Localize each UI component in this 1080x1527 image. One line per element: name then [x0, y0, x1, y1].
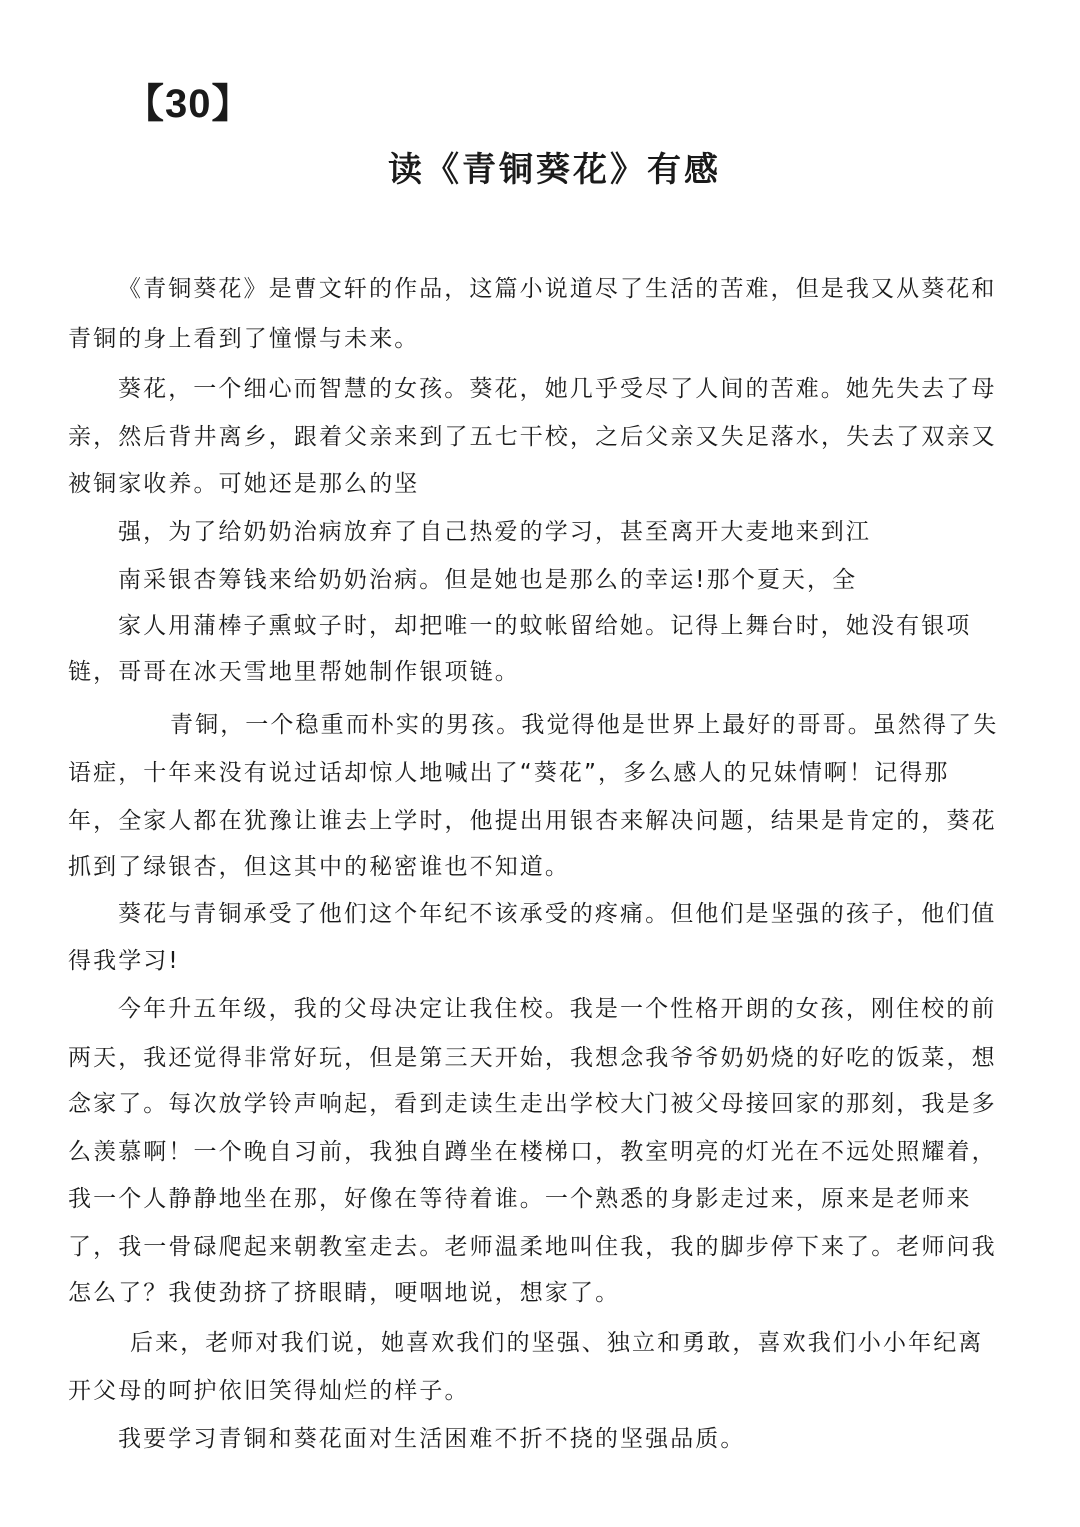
text-line: 开父母的呵护依旧笑得灿烂的样子。 — [68, 1372, 470, 1405]
text-line: 葵花与青铜承受了他们这个年纪不该承受的疼痛。但他们是坚强的孩子，他们值 — [118, 895, 997, 928]
text-line: 家人用蒲棒子熏蚊子时，却把唯一的蚊帐留给她。记得上舞台时，她没有银项 — [118, 607, 971, 640]
text-line: 抓到了绿银杏，但这其中的秘密谁也不知道。 — [68, 848, 570, 881]
text-line: 么羡慕啊！一个晚自习前，我独自蹲坐在楼梯口，教室明亮的灯光在不远处照耀着， — [68, 1133, 997, 1166]
text-line: 南采银杏筹钱来给奶奶治病。但是她也是那么的幸运!那个夏天，全 — [118, 561, 857, 594]
text-line: 两天，我还觉得非常好玩，但是第三天开始，我想念我爷爷奶奶烧的好吃的饭菜，想 — [68, 1039, 997, 1072]
text-line: 我一个人静静地坐在那，好像在等待着谁。一个熟悉的身影走过来，原来是老师来 — [68, 1180, 972, 1213]
text-line: 《青铜葵花》是曹文轩的作品，这篇小说道尽了生活的苦难，但是我又从葵花和 — [118, 270, 997, 303]
essay-title: 读《青铜葵花》有感 — [388, 142, 721, 191]
text-line: 得我学习! — [68, 942, 180, 975]
text-line: 我要学习青铜和葵花面对生活困难不折不挠的坚强品质。 — [118, 1420, 746, 1453]
text-line: 了，我一骨碌爬起来朝教室走去。老师温柔地叫住我，我的脚步停下来了。老师问我 — [68, 1228, 997, 1261]
essay-number: 【30】 — [124, 72, 253, 129]
text-line: 怎么了？我使劲挤了挤眼睛，哽咽地说，想家了。 — [68, 1274, 620, 1307]
text-line: 后来，老师对我们说，她喜欢我们的坚强、独立和勇敢，喜欢我们小小年纪离 — [130, 1324, 983, 1357]
text-line: 亲，然后背井离乡，跟着父亲来到了五七干校，之后父亲又失足落水，失去了双亲又 — [68, 418, 997, 451]
text-line: 被铜家收养。可她还是那么的坚 — [68, 465, 419, 498]
text-line: 链，哥哥在冰天雪地里帮她制作银项链。 — [68, 653, 520, 686]
text-line: 强，为了给奶奶治病放弃了自己热爱的学习，甚至离开大麦地来到江 — [118, 513, 871, 546]
text-line: 青铜，一个稳重而朴实的男孩。我觉得他是世界上最好的哥哥。虽然得了失 — [170, 706, 998, 739]
text-line: 青铜的身上看到了憧憬与未来。 — [68, 320, 419, 353]
text-line: 今年升五年级，我的父母决定让我住校。我是一个性格开朗的女孩，刚住校的前 — [118, 990, 997, 1023]
text-line: 年，全家人都在犹豫让谁去上学时，他提出用银杏来解决问题，结果是肯定的，葵花 — [68, 802, 997, 835]
text-line: 葵花，一个细心而智慧的女孩。葵花，她几乎受尽了人间的苦难。她先失去了母 — [118, 370, 997, 403]
text-line: 念家了。每次放学铃声响起，看到走读生走出学校大门被父母接回家的那刻，我是多 — [68, 1085, 997, 1118]
text-line: 语症，十年来没有说过话却惊人地喊出了“葵花”，多么感人的兄妹情啊！记得那 — [68, 754, 949, 787]
